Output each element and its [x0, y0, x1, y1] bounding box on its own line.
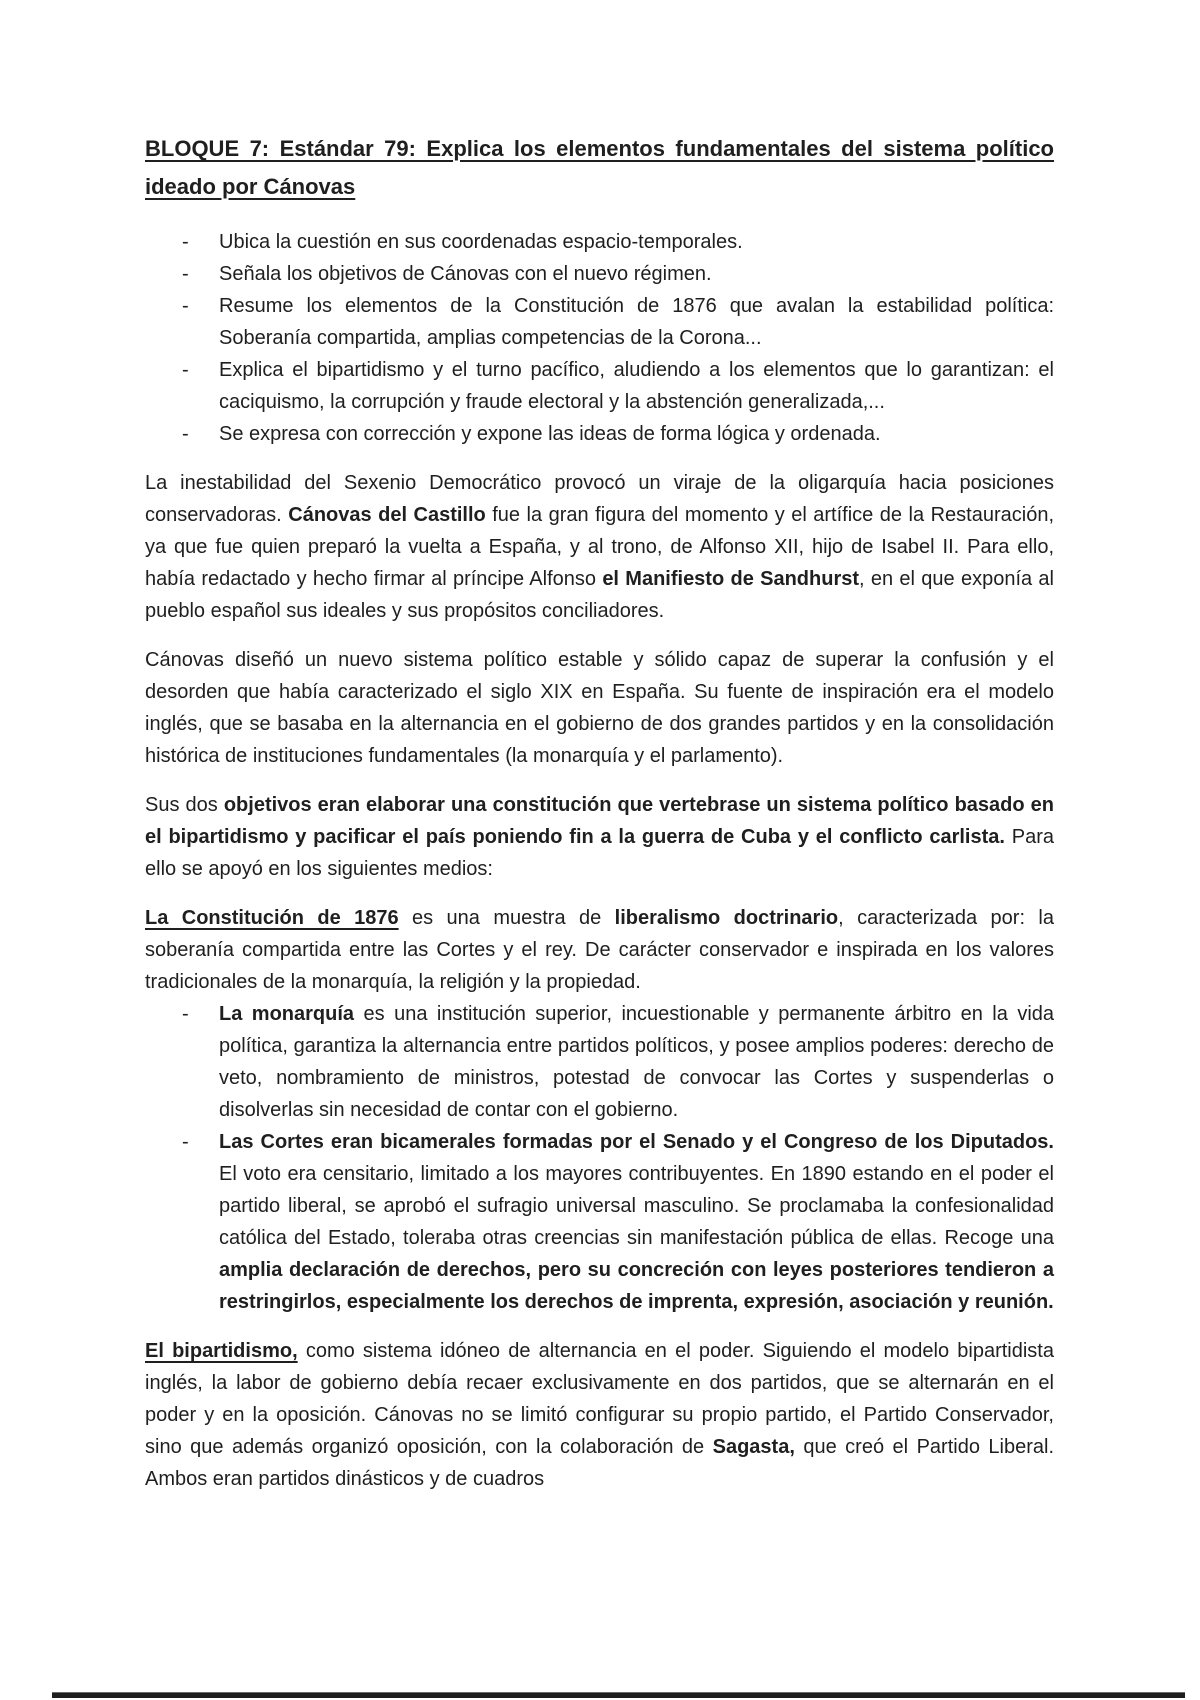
- document-page: BLOQUE 7: Estándar 79: Explica los eleme…: [145, 130, 1054, 1512]
- bullet-dash-icon: -: [182, 226, 189, 258]
- list-item-cortes: -Las Cortes eran bicamerales formadas po…: [145, 1126, 1054, 1318]
- text-run-bold: el Manifiesto de Sandhurst: [602, 568, 859, 590]
- text-run-bold: La monarquía: [219, 1003, 354, 1025]
- paragraph-restauracion: La inestabilidad del Sexenio Democrático…: [145, 467, 1054, 627]
- bullet-dash-icon: -: [182, 258, 189, 290]
- constitucion-sublist: -La monarquía es una institución superio…: [145, 998, 1054, 1318]
- text-run: Cánovas diseñó un nuevo sistema político…: [145, 649, 1054, 767]
- list-item: -Explica el bipartidismo y el turno pací…: [145, 354, 1054, 418]
- text-run-bold: liberalismo doctrinario: [615, 907, 838, 929]
- objectives-list: -Ubica la cuestión en sus coordenadas es…: [145, 226, 1054, 450]
- bullet-dash-icon: -: [182, 290, 189, 322]
- text-run-bold: amplia declaración de derechos, pero su …: [219, 1259, 1054, 1313]
- bullet-dash-icon: -: [182, 354, 189, 386]
- document-title: BLOQUE 7: Estándar 79: Explica los eleme…: [145, 130, 1054, 206]
- paragraph-sistema-politico: Cánovas diseñó un nuevo sistema político…: [145, 644, 1054, 772]
- list-item: -Se expresa con corrección y expone las …: [145, 418, 1054, 450]
- list-item-text: Señala los objetivos de Cánovas con el n…: [219, 263, 712, 285]
- text-run-bold: objetivos eran elaborar una constitución…: [145, 794, 1054, 848]
- list-item: -Ubica la cuestión en sus coordenadas es…: [145, 226, 1054, 258]
- text-run-bold: Cánovas del Castillo: [288, 504, 486, 526]
- text-run-bold: Sagasta,: [713, 1436, 795, 1458]
- bullet-dash-icon: -: [182, 418, 189, 450]
- list-item: -Resume los elementos de la Constitución…: [145, 290, 1054, 354]
- list-item-text: Ubica la cuestión en sus coordenadas esp…: [219, 231, 743, 253]
- list-item: -Señala los objetivos de Cánovas con el …: [145, 258, 1054, 290]
- list-item-text: Resume los elementos de la Constitución …: [219, 295, 1054, 349]
- text-run-bold-underline: El bipartidismo,: [145, 1340, 298, 1362]
- paragraph-bipartidismo: El bipartidismo, como sistema idóneo de …: [145, 1335, 1054, 1495]
- text-run: El voto era censitario, limitado a los m…: [219, 1163, 1054, 1249]
- bottom-divider: [52, 1692, 1185, 1698]
- list-item-text: Se expresa con corrección y expone las i…: [219, 423, 881, 445]
- paragraph-objetivos: Sus dos objetivos eran elaborar una cons…: [145, 789, 1054, 885]
- title-text: BLOQUE 7: Estándar 79: Explica los eleme…: [145, 136, 1054, 199]
- text-run-bold-underline: La Constitución de 1876: [145, 907, 399, 929]
- bullet-dash-icon: -: [182, 998, 189, 1030]
- list-item-text: Explica el bipartidismo y el turno pacíf…: [219, 359, 1054, 413]
- bullet-dash-icon: -: [182, 1126, 189, 1158]
- paragraph-constitucion: La Constitución de 1876 es una muestra d…: [145, 902, 1054, 998]
- list-item-monarquia: -La monarquía es una institución superio…: [145, 998, 1054, 1126]
- text-run: es una muestra de: [399, 907, 615, 929]
- text-run-bold: Las Cortes eran bicamerales formadas por…: [219, 1131, 1054, 1153]
- text-run: Sus dos: [145, 794, 224, 816]
